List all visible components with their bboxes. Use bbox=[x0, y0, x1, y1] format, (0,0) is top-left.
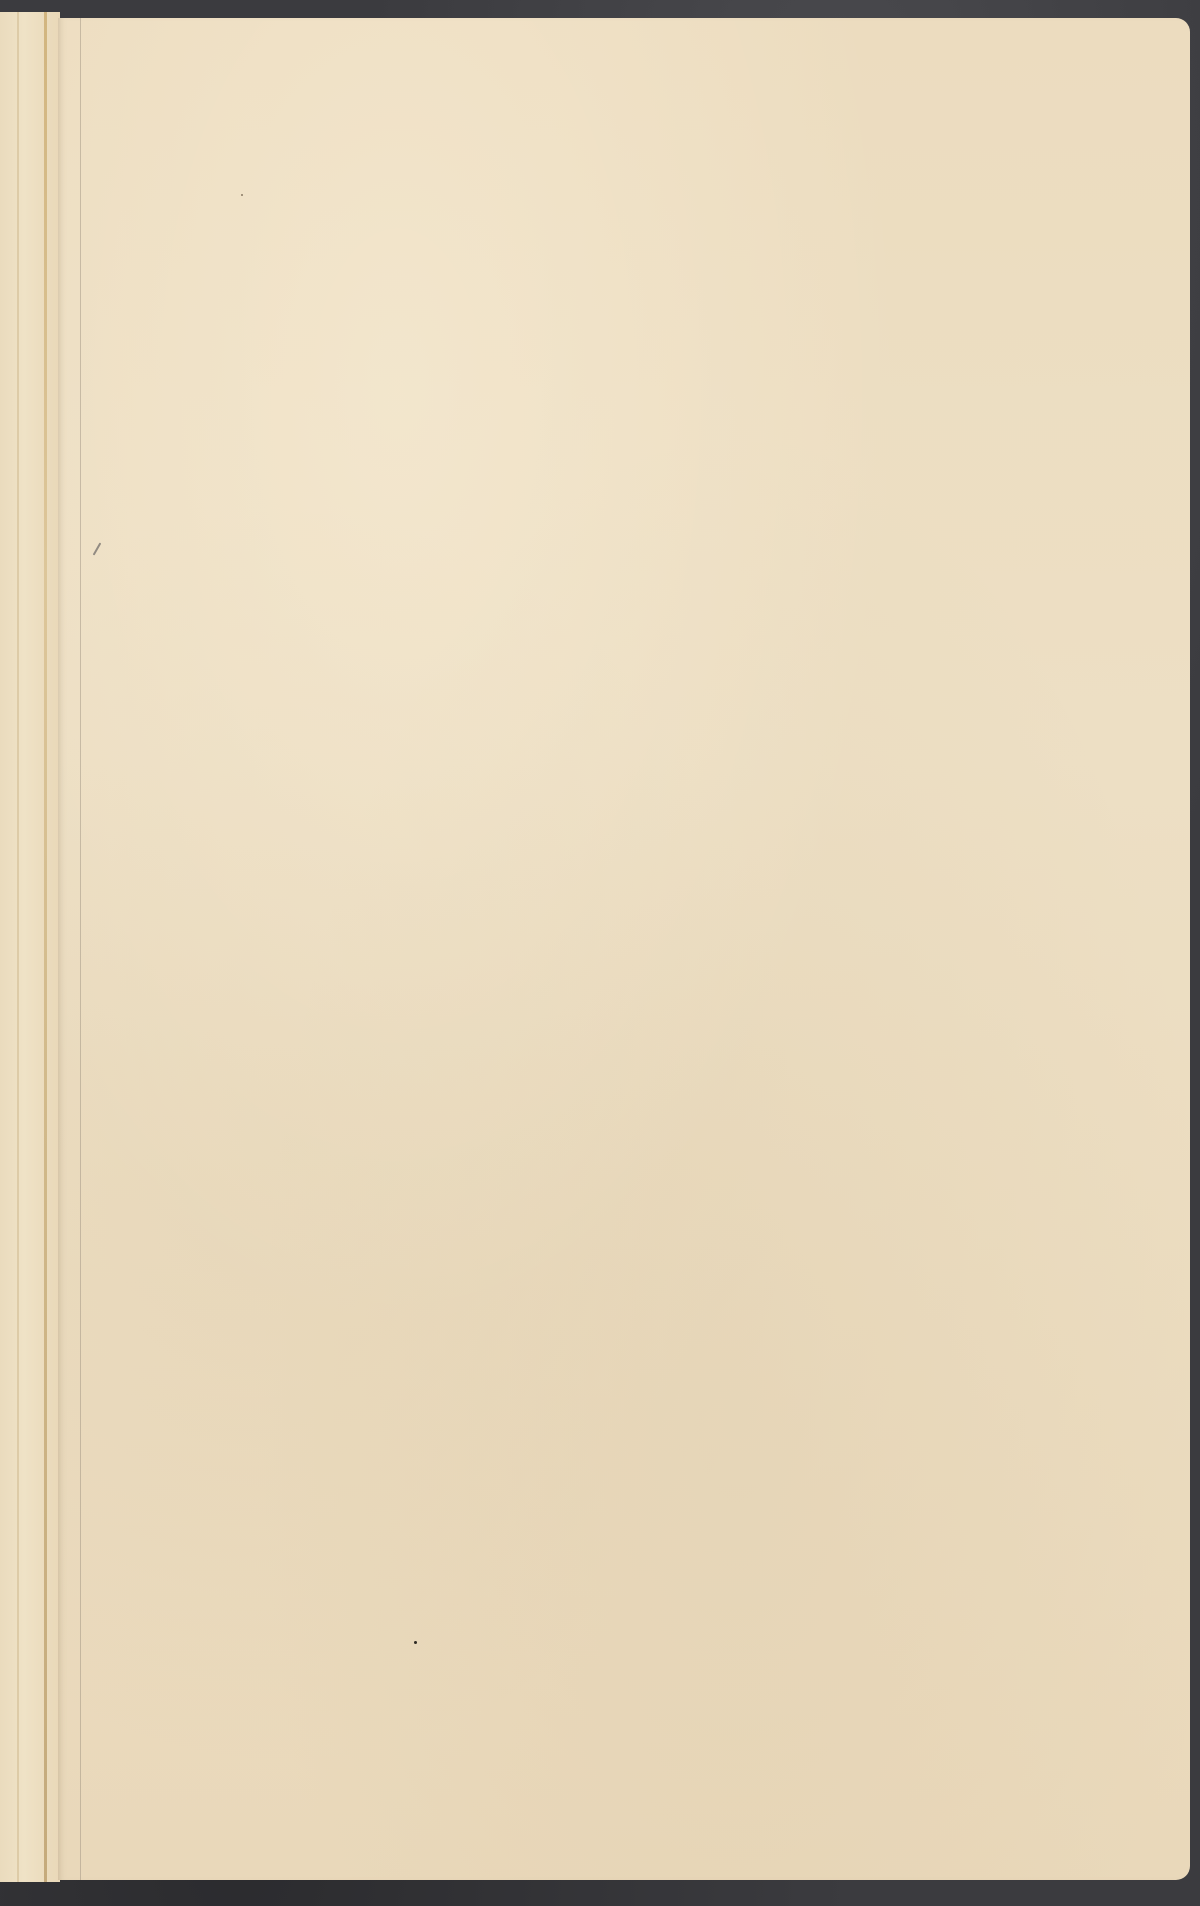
blank-page bbox=[58, 18, 1190, 1880]
left-page-leaves bbox=[0, 12, 60, 1882]
ink-speck bbox=[414, 1641, 417, 1644]
gutter-line bbox=[80, 18, 81, 1880]
gutter-stain bbox=[44, 12, 47, 1882]
leaf-edge bbox=[17, 12, 19, 1882]
paper-speck bbox=[241, 194, 243, 196]
